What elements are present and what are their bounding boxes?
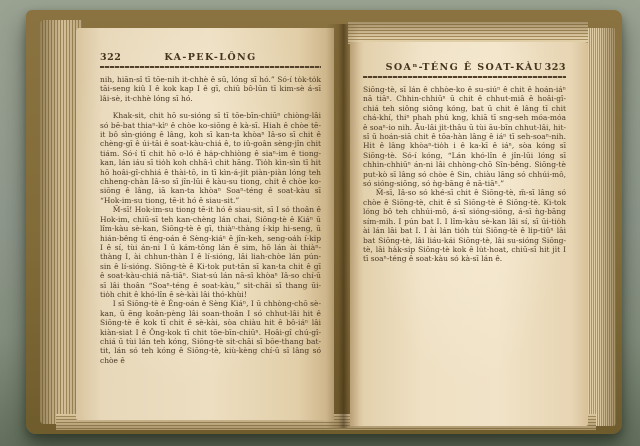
paragraph: I sī Siōng-tè ê Éng-oán ê Sèng Kiáⁿ, I ū… xyxy=(100,299,321,365)
paragraph: Khak-si̍t, chit hō su-sióng sī tī tōe-bī… xyxy=(100,111,321,205)
right-running-title: SOAⁿ-TÉNG Ê SOAT-KÀU xyxy=(386,62,544,73)
paragraph: Siōng-tè, sī lán ê chhòe-ko ê su-siúⁿ ê … xyxy=(363,85,566,188)
left-page-content: 322 KA-PEK-LÔNG nih, hiān-sî tī tōe-nih … xyxy=(76,28,334,420)
right-page-number: 323 xyxy=(543,62,566,73)
left-page: 322 KA-PEK-LÔNG nih, hiān-sî tī tōe-nih … xyxy=(76,28,334,420)
right-body-text: Siōng-tè, sī lán ê chhòe-ko ê su-siúⁿ ê … xyxy=(363,85,566,264)
right-page-content: SOAⁿ-TÉNG Ê SOAT-KÀU 323 Siōng-tè, sī lá… xyxy=(350,42,588,426)
left-header-rule xyxy=(100,66,321,68)
right-page-edges xyxy=(586,28,616,426)
left-body-text: nih, hiān-sî tī tōe-nih it-chhè ê sū, ló… xyxy=(100,75,321,365)
left-page-header: 322 KA-PEK-LÔNG xyxy=(100,52,321,63)
left-running-title: KA-PEK-LÔNG xyxy=(134,52,287,63)
right-page: SOAⁿ-TÉNG Ê SOAT-KÀU 323 Siōng-tè, sī lá… xyxy=(350,42,588,426)
left-page-number: 322 xyxy=(100,52,134,63)
right-top-page-edges xyxy=(348,22,588,44)
right-header-rule xyxy=(363,76,566,78)
open-book: 322 KA-PEK-LÔNG nih, hiān-sî tī tōe-nih … xyxy=(26,10,622,434)
paragraph: nih, hiān-sî tī tōe-nih it-chhè ê sū, ló… xyxy=(100,75,321,103)
right-page-header: SOAⁿ-TÉNG Ê SOAT-KÀU 323 xyxy=(363,62,566,73)
paragraph: M̄-sī! Hok-im-su tiong tē-it hó ê siau-s… xyxy=(100,205,321,299)
photo-background: 322 KA-PEK-LÔNG nih, hiān-sî tī tōe-nih … xyxy=(0,0,640,446)
paragraph: M̄-sī, Iâ-so só khé-sī chit ê Siōng-tè, … xyxy=(363,188,566,263)
